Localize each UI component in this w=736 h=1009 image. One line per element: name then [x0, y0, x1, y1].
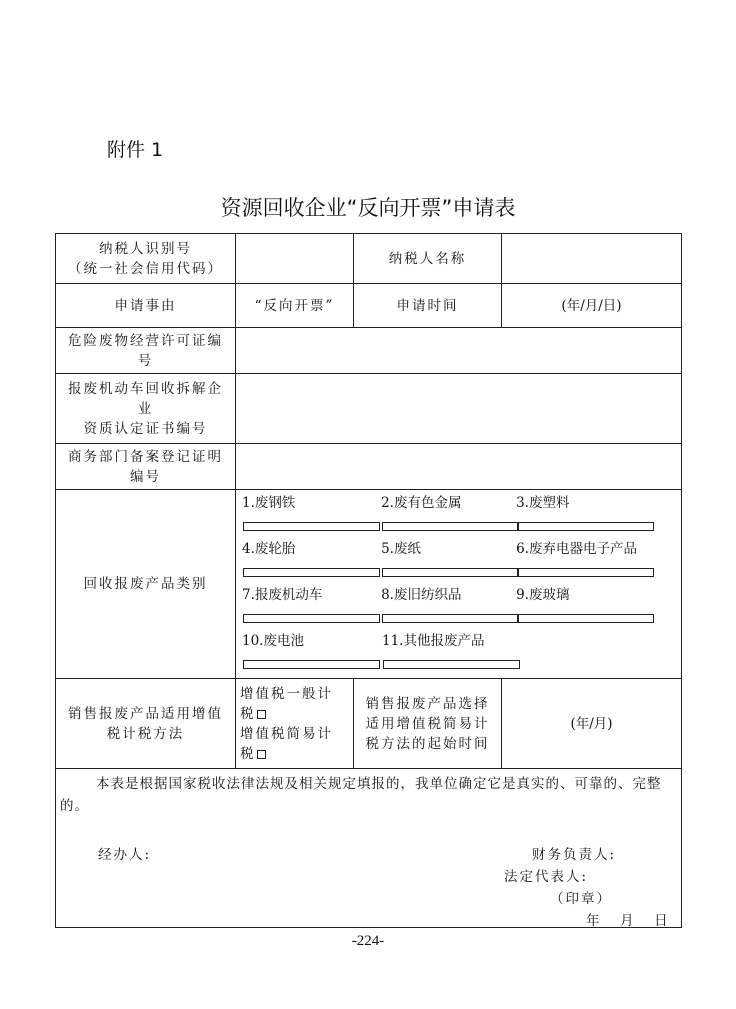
checkbox-icon[interactable] [243, 614, 380, 623]
category-option[interactable]: 10.废电池 [242, 630, 382, 676]
taxpayer-name-label: 纳税人名称 [354, 234, 502, 284]
label-line: 报废机动车回收拆解企 [60, 379, 231, 399]
label-line: 税方法的起始时间 [358, 734, 497, 754]
category-label: 2.废有色金属 [381, 495, 461, 511]
label-line: 危险废物经营许可证编 [60, 331, 231, 351]
row-vehicle-recycling-cert: 报废机动车回收拆解企 业 资质认定证书编号 [56, 374, 682, 444]
legal-rep-signature[interactable]: 法定代表人: [504, 867, 588, 887]
row-vat-method: 销售报废产品适用增值 税计税方法 增值税一般计 税 增值税简易计 税 销售报废产… [56, 679, 682, 769]
checkbox-icon[interactable] [382, 568, 519, 577]
simple-method-start-label: 销售报废产品选择 适用增值税简易计 税方法的起始时间 [354, 679, 502, 769]
label-line: 销售报废产品选择 [358, 694, 497, 714]
checkbox-icon[interactable] [382, 614, 519, 623]
vat-simple-label: 增值税简易计 [240, 724, 349, 744]
checkbox-icon[interactable] [517, 614, 654, 623]
label-line: 销售报废产品适用增值 [60, 704, 231, 724]
row-commerce-registration: 商务部门备案登记证明 编号 [56, 444, 682, 490]
seal-label: （印章） [550, 889, 612, 909]
checkbox-icon[interactable] [243, 522, 380, 531]
checkbox-icon[interactable] [517, 522, 654, 531]
category-option[interactable]: 11.其他报废产品 [382, 630, 582, 676]
category-label: 9.废玻璃 [516, 587, 569, 603]
category-label: 4.废轮胎 [242, 541, 295, 557]
finance-head-signature[interactable]: 财务负责人: [532, 845, 616, 865]
attachment-label: 附件 1 [107, 135, 163, 162]
row-taxpayer-id: 纳税人识别号 （统一社会信用代码） 纳税人名称 [56, 234, 682, 284]
category-option[interactable]: 4.废轮胎 [242, 538, 381, 584]
simple-method-start-field[interactable]: (年/月) [502, 679, 682, 769]
category-option[interactable]: 5.废纸 [381, 538, 516, 584]
category-option[interactable]: 8.废旧纺织品 [381, 584, 516, 630]
vat-method-label: 销售报废产品适用增值 税计税方法 [56, 679, 236, 769]
row-declaration: 本表是根据国家税收法律法规及相关规定填报的，我单位确定它是真实的、可靠的、完整的… [56, 769, 682, 928]
checkbox-icon[interactable] [243, 568, 380, 577]
date-field[interactable]: 年 月 日 [586, 911, 672, 931]
taxpayer-id-label-line1: 纳税人识别号 [60, 239, 231, 259]
vat-general-label: 增值税一般计 [240, 684, 349, 704]
taxpayer-id-label-line2: （统一社会信用代码） [60, 259, 231, 279]
vat-simple-label-end: 税 [240, 746, 256, 762]
form-title: 资源回收企业“反向开票”申请表 [0, 192, 736, 222]
category-option[interactable]: 3.废塑料 [516, 492, 675, 538]
checkbox-icon[interactable] [243, 660, 380, 669]
label-line: 适用增值税简易计 [358, 714, 497, 734]
apply-time-field[interactable]: (年/月/日) [502, 284, 682, 328]
category-option[interactable]: 1.废钢铁 [242, 492, 381, 538]
taxpayer-id-field[interactable] [236, 234, 354, 284]
declaration-cell: 本表是根据国家税收法律法规及相关规定填报的，我单位确定它是真实的、可靠的、完整的… [56, 769, 682, 928]
page-number: -224- [0, 933, 736, 950]
label-line: 编号 [60, 467, 231, 487]
vehicle-recycling-cert-label: 报废机动车回收拆解企 业 资质认定证书编号 [56, 374, 236, 444]
label-line: 资质认定证书编号 [60, 419, 231, 439]
vehicle-recycling-cert-field[interactable] [236, 374, 682, 444]
category-label: 8.废旧纺织品 [381, 587, 461, 603]
category-option[interactable]: 9.废玻璃 [516, 584, 675, 630]
checkbox-icon[interactable] [517, 568, 654, 577]
label-line: 税计税方法 [60, 724, 231, 744]
hazardous-waste-license-field[interactable] [236, 328, 682, 374]
row-product-categories: 回收报废产品类别 1.废钢铁 2.废有色金属 3.废塑料 4.废轮胎 5.废纸 … [56, 490, 682, 679]
vat-general-label-end: 税 [240, 706, 256, 722]
vat-simple-option[interactable]: 税 [240, 744, 349, 764]
category-label: 11.其他报废产品 [382, 633, 484, 649]
taxpayer-id-label: 纳税人识别号 （统一社会信用代码） [56, 234, 236, 284]
category-option[interactable]: 7.报废机动车 [242, 584, 381, 630]
category-label: 5.废纸 [381, 541, 421, 557]
hazardous-waste-license-label: 危险废物经营许可证编 号 [56, 328, 236, 374]
label-line: 商务部门备案登记证明 [60, 447, 231, 467]
category-label: 6.废弃电器电子产品 [516, 541, 637, 557]
category-option[interactable]: 6.废弃电器电子产品 [516, 538, 675, 584]
category-label: 10.废电池 [242, 633, 304, 649]
reason-value: “反向开票” [236, 284, 354, 328]
reason-label: 申请事由 [56, 284, 236, 328]
category-label: 3.废塑料 [516, 495, 569, 511]
category-label: 7.报废机动车 [242, 587, 322, 603]
product-categories-label: 回收报废产品类别 [56, 490, 236, 679]
handler-signature[interactable]: 经办人: [98, 845, 151, 865]
apply-time-label: 申请时间 [354, 284, 502, 328]
product-categories-options: 1.废钢铁 2.废有色金属 3.废塑料 4.废轮胎 5.废纸 6.废弃电器电子产… [236, 490, 682, 679]
declaration-text: 本表是根据国家税收法律法规及相关规定填报的，我单位确定它是真实的、可靠的、完整的… [60, 773, 675, 817]
checkbox-icon[interactable] [257, 710, 266, 719]
label-line: 业 [60, 399, 231, 419]
taxpayer-name-field[interactable] [502, 234, 682, 284]
checkbox-icon[interactable] [383, 660, 520, 669]
checkbox-icon[interactable] [382, 522, 519, 531]
label-line: 号 [60, 351, 231, 371]
row-reason: 申请事由 “反向开票” 申请时间 (年/月/日) [56, 284, 682, 328]
category-label: 1.废钢铁 [242, 495, 295, 511]
commerce-registration-field[interactable] [236, 444, 682, 490]
application-form-table: 纳税人识别号 （统一社会信用代码） 纳税人名称 申请事由 “反向开票” 申请时间… [55, 233, 682, 928]
category-option[interactable]: 2.废有色金属 [381, 492, 516, 538]
checkbox-icon[interactable] [257, 750, 266, 759]
vat-method-options: 增值税一般计 税 增值税简易计 税 [236, 679, 354, 769]
commerce-registration-label: 商务部门备案登记证明 编号 [56, 444, 236, 490]
vat-general-option[interactable]: 税 [240, 704, 349, 724]
row-hazardous-waste-license: 危险废物经营许可证编 号 [56, 328, 682, 374]
